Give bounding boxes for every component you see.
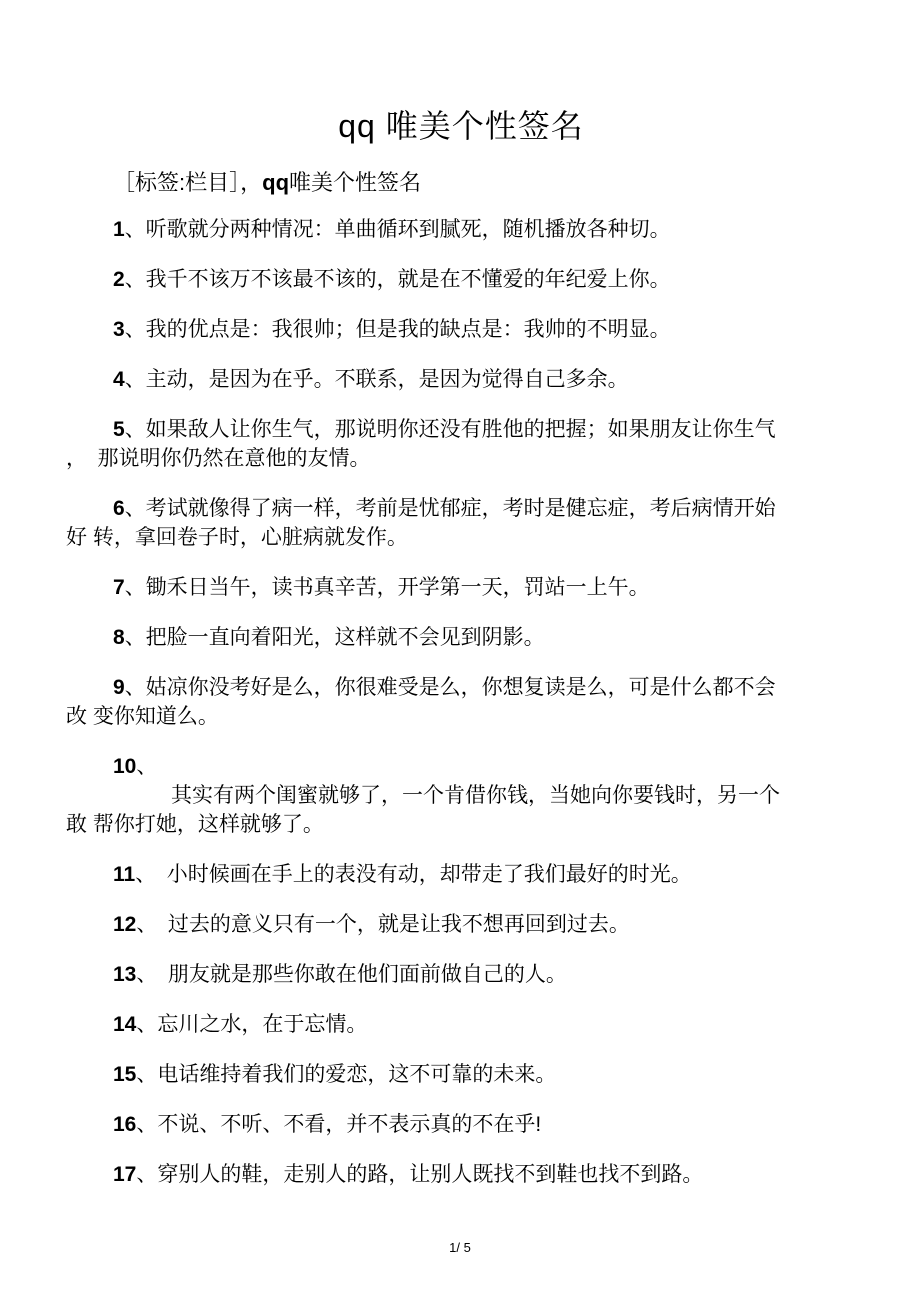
item-number: 14 xyxy=(113,1013,136,1036)
list-item: 4、主动，是因为在乎。不联系，是因为觉得自己多余。 xyxy=(66,365,856,394)
document-page: qq 唯美个性签名 ［标签:栏目］，qq唯美个性签名 1、听歌就分两种情况：单曲… xyxy=(0,0,920,1303)
item-number: 11 xyxy=(113,863,135,886)
item-number: 3 xyxy=(113,318,125,341)
page-title: qq 唯美个性签名 xyxy=(66,0,856,148)
item-number: 1 xyxy=(113,218,125,241)
tags-line-prefix: ［标签:栏目］， xyxy=(113,170,262,195)
list-item: 5、如果敌人让你生气，那说明你还没有胜他的把握；如果朋友让你生气 ， 那说明你仍… xyxy=(66,415,856,473)
tags-line: ［标签:栏目］，qq唯美个性签名 xyxy=(66,168,856,198)
list-item: 15、电话维持着我们的爱恋，这不可靠的未来。 xyxy=(66,1060,856,1089)
list-item: 8、把脸一直向着阳光，这样就不会见到阴影。 xyxy=(66,623,856,652)
item-number: 7 xyxy=(113,576,125,599)
item-number: 5 xyxy=(113,418,125,441)
item-number: 4 xyxy=(113,368,125,391)
list-item: 11、 小时候画在手上的表没有动，却带走了我们最好的时光。 xyxy=(66,860,856,889)
list-item: 7、锄禾日当午，读书真辛苦，开学第一天，罚站一上午。 xyxy=(66,573,856,602)
item-number: 13 xyxy=(113,963,136,986)
list-item: 6、考试就像得了病一样，考前是忧郁症，考时是健忘症，考后病情开始 好 转，拿回卷… xyxy=(66,494,856,552)
list-item: 1、听歌就分两种情况：单曲循环到腻死，随机播放各种切。 xyxy=(66,215,856,244)
list-item: 10、 其实有两个闺蜜就够了，一个肯借你钱，当她向你要钱时，另一个 敢 帮你打她… xyxy=(66,752,856,839)
item-number: 10 xyxy=(113,755,136,778)
list-item: 9、姑凉你没考好是么，你很难受是么，你想复读是么，可是什么都不会 改 变你知道么… xyxy=(66,673,856,731)
document-content: qq 唯美个性签名 ［标签:栏目］，qq唯美个性签名 1、听歌就分两种情况：单曲… xyxy=(0,0,920,1189)
signature-list: 1、听歌就分两种情况：单曲循环到腻死，随机播放各种切。2、我千不该万不该最不该的… xyxy=(66,215,856,1189)
item-number: 15 xyxy=(113,1063,136,1086)
item-number: 2 xyxy=(113,268,125,291)
list-item: 13、 朋友就是那些你敢在他们面前做自己的人。 xyxy=(66,960,856,989)
item-number: 8 xyxy=(113,626,125,649)
list-item: 16、不说、不听、不看，并不表示真的不在乎! xyxy=(66,1110,856,1139)
item-number: 9 xyxy=(113,676,125,699)
list-item: 14、忘川之水，在于忘情。 xyxy=(66,1010,856,1039)
tags-line-suffix: 唯美个性签名 xyxy=(289,170,421,195)
list-item: 3、我的优点是：我很帅；但是我的缺点是：我帅的不明显。 xyxy=(66,315,856,344)
list-item: 12、 过去的意义只有一个，就是让我不想再回到过去。 xyxy=(66,910,856,939)
item-number: 17 xyxy=(113,1163,136,1186)
list-item: 17、穿别人的鞋，走别人的路，让别人既找不到鞋也找不到路。 xyxy=(66,1160,856,1189)
item-number: 12 xyxy=(113,913,136,936)
item-number: 6 xyxy=(113,497,125,520)
list-item: 2、我千不该万不该最不该的，就是在不懂爱的年纪爱上你。 xyxy=(66,265,856,294)
item-number: 16 xyxy=(113,1113,136,1136)
tags-line-keyword: qq xyxy=(262,170,289,195)
page-number: 1/ 5 xyxy=(0,1240,920,1255)
